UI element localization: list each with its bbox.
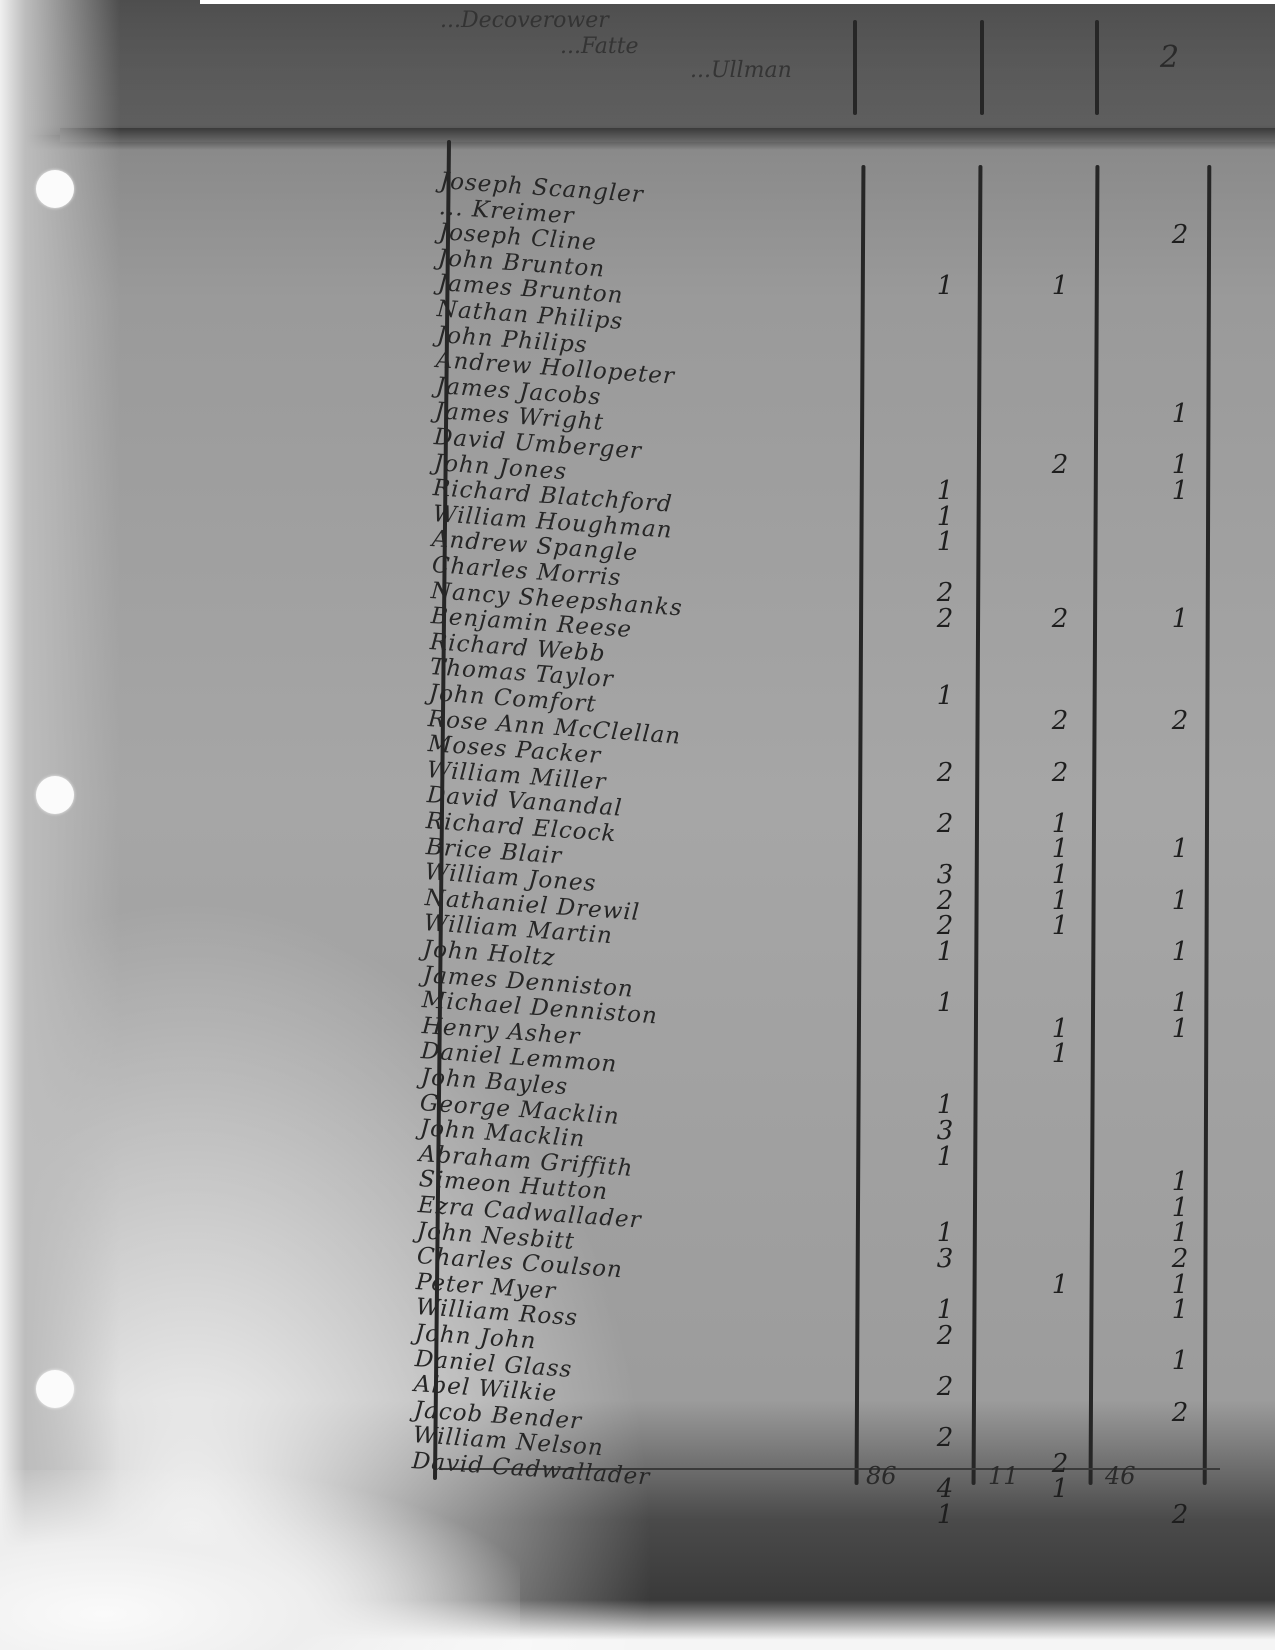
- tally-c1: 2: [930, 1423, 960, 1453]
- total-col-3: 46: [1105, 1462, 1136, 1490]
- scan-glare: [0, 1470, 520, 1650]
- tally-c3: 2: [1165, 706, 1195, 736]
- tally-c3: 2: [1165, 220, 1195, 250]
- total-col-1: 86: [866, 1462, 897, 1490]
- column-rule-2: [972, 165, 983, 1485]
- tally-c1: 2: [930, 1372, 960, 1402]
- header-fragment: ...Fatte: [560, 34, 639, 59]
- header-fragment: ...Decoverower: [440, 8, 609, 33]
- tally-c2: 1: [1045, 1039, 1075, 1069]
- page-fold-line: [60, 128, 1275, 142]
- tally-c1: 1: [930, 681, 960, 711]
- tally-c3: 1: [1165, 1346, 1195, 1376]
- tally-c1: 2: [930, 809, 960, 839]
- page-number: 2: [1160, 40, 1179, 75]
- header-fragment: ...Ullman: [690, 58, 792, 83]
- tally-c1: 1: [930, 1500, 960, 1530]
- tally-c1: 2: [930, 1321, 960, 1351]
- header-rule: [853, 20, 857, 115]
- tally-c1: 1: [930, 527, 960, 557]
- scan-edge: [200, 0, 1275, 4]
- tally-c1: 1: [930, 271, 960, 301]
- tally-c2: 2: [1045, 758, 1075, 788]
- scanned-document-page: ...Decoverower ...Fatte ...Ullman 2 Jose…: [0, 0, 1275, 1650]
- binder-hole-middle: [36, 776, 74, 814]
- tally-c3: 1: [1165, 399, 1195, 429]
- header-rule: [980, 20, 984, 115]
- tally-c3: 1: [1165, 834, 1195, 864]
- tally-c3: 1: [1165, 1295, 1195, 1325]
- tally-c1: 3: [930, 1244, 960, 1274]
- tally-c2: 2: [1045, 706, 1075, 736]
- binder-hole-bottom: [36, 1370, 74, 1408]
- column-rule-1: [855, 165, 866, 1485]
- tally-c3: 1: [1165, 604, 1195, 634]
- column-rule-4: [1203, 165, 1212, 1485]
- tally-c3: 1: [1165, 937, 1195, 967]
- tally-c1: 1: [930, 988, 960, 1018]
- tally-c1: 1: [930, 1142, 960, 1172]
- tally-c2: 1: [1045, 1474, 1075, 1504]
- tally-c3: 1: [1165, 1014, 1195, 1044]
- tally-c1: 2: [930, 604, 960, 634]
- binder-hole-top: [36, 170, 74, 208]
- tally-c3: 2: [1165, 1398, 1195, 1428]
- column-rule-3: [1089, 165, 1100, 1485]
- tally-c2: 2: [1045, 604, 1075, 634]
- total-col-2: 11: [988, 1462, 1019, 1490]
- tally-c2: 1: [1045, 911, 1075, 941]
- tally-c3: 1: [1165, 886, 1195, 916]
- tally-c3: 2: [1165, 1500, 1195, 1530]
- tally-c2: 2: [1045, 450, 1075, 480]
- tally-c1: 1: [930, 937, 960, 967]
- previous-page-header-region: [0, 0, 1275, 135]
- tally-c2: 1: [1045, 1270, 1075, 1300]
- tally-c2: 1: [1045, 271, 1075, 301]
- tally-c3: 1: [1165, 476, 1195, 506]
- tally-c1: 2: [930, 758, 960, 788]
- header-rule: [1095, 20, 1099, 115]
